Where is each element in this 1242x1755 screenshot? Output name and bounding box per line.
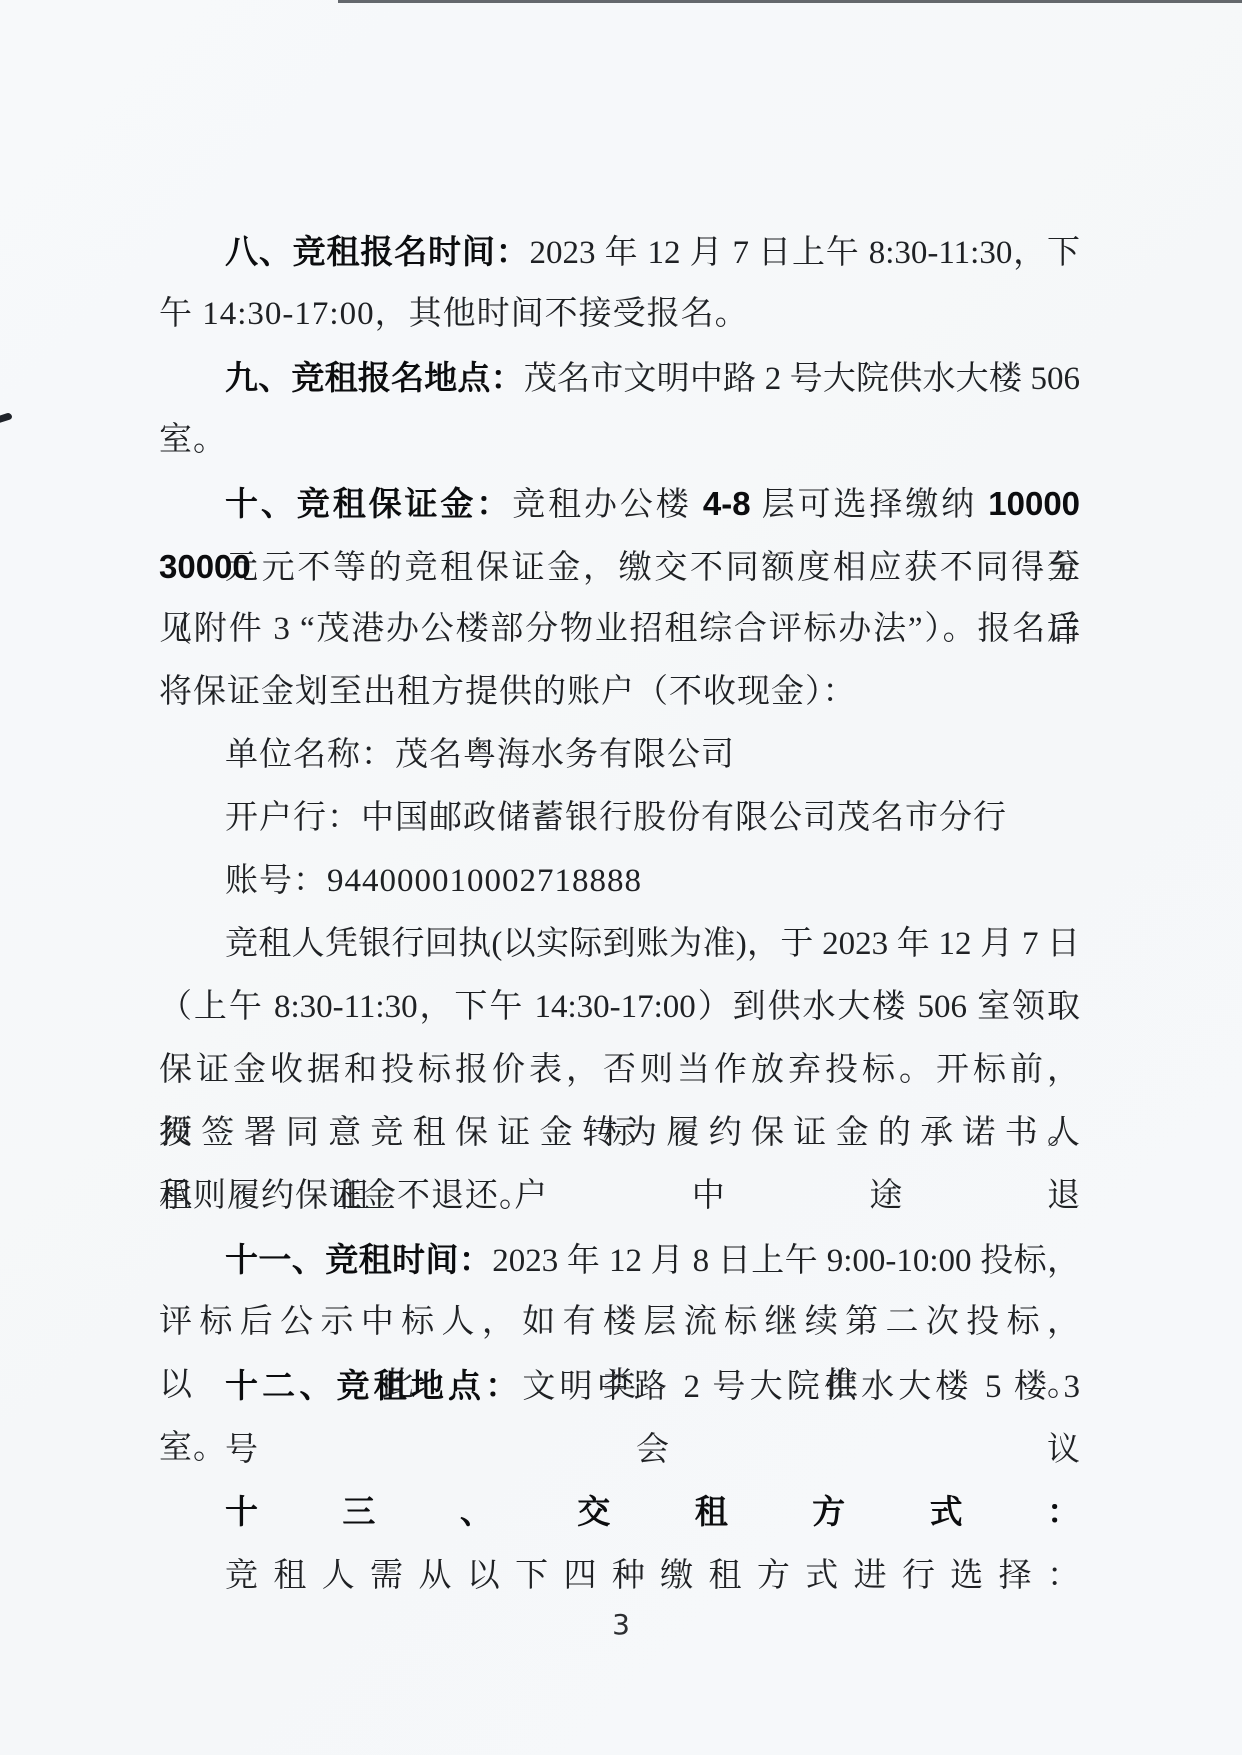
section-heading-segment: 八、竞租报名时间： — [225, 233, 530, 270]
text-line: 保证金收据和投标报价表，否则当作放弃投标。开标前，投标人 — [159, 1039, 1080, 1102]
section-heading-segment: 30000 — [159, 548, 251, 585]
text-segment: 单位名称：茂名粤海水务有限公司 — [225, 737, 735, 773]
text-segment: 见附件 3 “茂港办公楼部分物业招租综合评标办法”）。报名后 — [159, 611, 1080, 647]
text-segment: 午 14:30-17:00，其他时间不接受报名。 — [159, 296, 749, 332]
page-number: 3 — [0, 1608, 1242, 1641]
text-line: 评标后公示中标人，如有楼层流标继续第二次投标，以此类推。 — [159, 1291, 1080, 1354]
text-line: 竞租人凭银行回执(以实际到账为准)，于 2023 年 12 月 7 日 — [159, 913, 1080, 976]
text-segment: 租则履约保证金不退还。 — [159, 1178, 533, 1214]
text-line: 室。 — [159, 409, 1080, 472]
document-body: 八、竞租报名时间：2023 年 12 月 7 日上午 8:30-11:30，下午… — [159, 220, 1080, 1543]
text-line: 见附件 3 “茂港办公楼部分物业招租综合评标办法”）。报名后 — [159, 598, 1080, 661]
text-line: 将保证金划至出租方提供的账户（不收现金）： — [159, 661, 1080, 724]
ink-smudge-artifact — [0, 412, 13, 423]
text-segment: 竞租办公楼 — [512, 487, 703, 523]
text-line: 须签署同意竞租保证金转为履约保证金的承诺书。承租户中途退 — [159, 1102, 1080, 1165]
text-line: 八、竞租报名时间：2023 年 12 月 7 日上午 8:30-11:30，下 — [159, 220, 1080, 283]
text-segment: 2023 年 12 月 8 日上午 9:00-10:00 投标， — [492, 1243, 1080, 1279]
text-line: 九、竞租报名地点：茂名市文明中路 2 号大院供水大楼 506 — [159, 346, 1080, 409]
text-segment: （上午 8:30-11:30，下午 14:30-17:00）到供水大楼 506 … — [159, 989, 1080, 1025]
section-heading-segment: 十二、竞租地点： — [225, 1367, 522, 1404]
section-heading-segment: 4-8 — [703, 485, 751, 522]
text-line: 账号：944000010002718888 — [159, 850, 1080, 913]
scan-edge-artifact — [338, 0, 1242, 3]
text-segment: 室。 — [159, 422, 227, 458]
section-heading-segment: 十三、交租方式： — [225, 1493, 1080, 1530]
text-line: 午 14:30-17:00，其他时间不接受报名。 — [159, 283, 1080, 346]
section-heading-segment: 十一、竞租时间： — [225, 1241, 492, 1278]
text-line: （上午 8:30-11:30，下午 14:30-17:00）到供水大楼 506 … — [159, 976, 1080, 1039]
text-line: 开户行：中国邮政储蓄银行股份有限公司茂名市分行 — [159, 787, 1080, 850]
text-line: 十一、竞租时间：2023 年 12 月 8 日上午 9:00-10:00 投标， — [159, 1228, 1080, 1291]
scanned-document-page: 八、竞租报名时间：2023 年 12 月 7 日上午 8:30-11:30，下午… — [0, 0, 1242, 1755]
text-segment: 竞租人凭银行回执(以实际到账为准)，于 2023 年 12 月 7 日 — [225, 926, 1080, 962]
text-line: 十三、交租方式：竞租人需从以下四种缴租方式进行选择： — [159, 1480, 1080, 1543]
text-segment: 茂名市文明中路 2 号大院供水大楼 506 — [524, 361, 1080, 397]
section-heading-segment: 十、竞租保证金： — [225, 485, 512, 522]
text-segment: 室。 — [159, 1430, 227, 1466]
text-line: 十、竞租保证金：竞租办公楼 4-8 层可选择缴纳 10000 元至 — [159, 472, 1080, 535]
text-segment: 竞租人需从以下四种缴租方式进行选择： — [225, 1558, 1080, 1594]
text-segment: 开户行：中国邮政储蓄银行股份有限公司茂名市分行 — [225, 800, 1007, 836]
text-segment: 2023 年 12 月 7 日上午 8:30-11:30，下 — [530, 235, 1080, 271]
text-segment: 账号：944000010002718888 — [225, 863, 642, 899]
text-segment: 层可选择缴纳 — [751, 487, 989, 523]
text-line: 十二、竞租地点：文明中路 2 号大院供水大楼 5 楼 3 号会议 — [159, 1354, 1080, 1417]
text-line: 30000 元不等的竞租保证金，缴交不同额度相应获不同得分（详 — [159, 535, 1080, 598]
section-heading-segment: 10000 — [988, 485, 1080, 522]
text-segment: 将保证金划至出租方提供的账户（不收现金）： — [159, 674, 857, 710]
section-heading-segment: 九、竞租报名地点： — [225, 359, 524, 396]
text-line: 单位名称：茂名粤海水务有限公司 — [159, 724, 1080, 787]
